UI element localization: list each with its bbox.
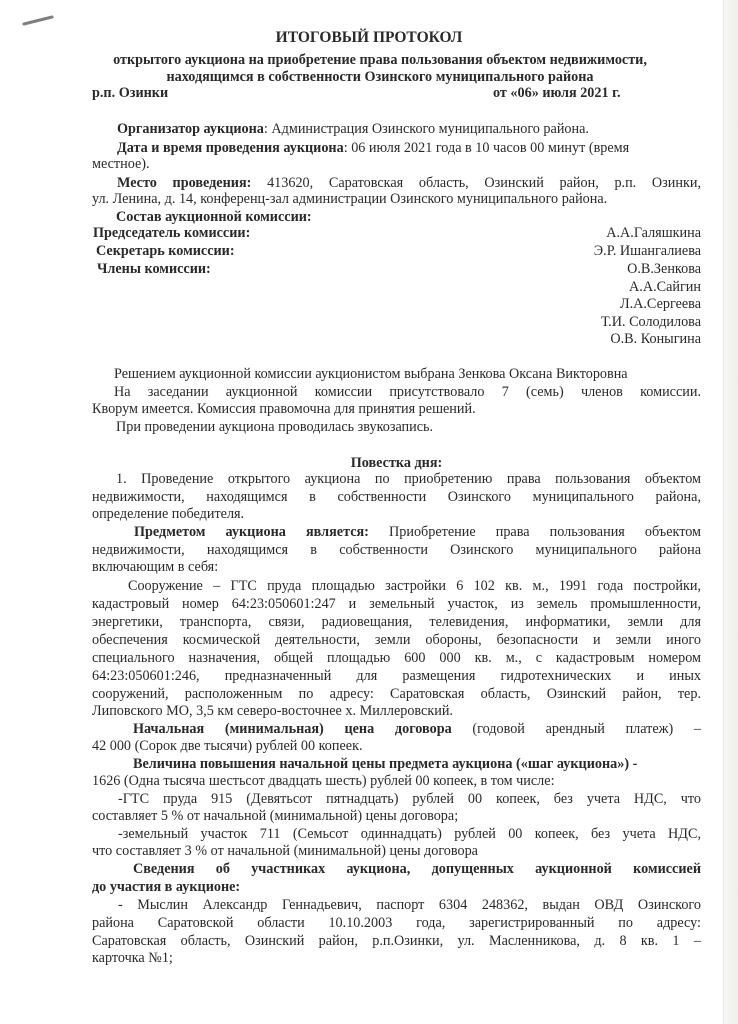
participant-1: Саратовская область, Озинский район, р.п… bbox=[92, 933, 701, 949]
agenda-heading: Повестка дня: bbox=[92, 455, 701, 471]
agenda-item-1: 1. Проведение открытого аукциона по прио… bbox=[116, 471, 701, 487]
recording-note: При проведении аукциона проводилась звук… bbox=[116, 419, 433, 435]
object-description: Липовского МО, 3,5 км северо-восточнее х… bbox=[92, 703, 453, 719]
member-name: Т.И. Солодилова bbox=[400, 314, 701, 330]
quorum-note: На заседании аукционной комиссии присутс… bbox=[114, 384, 701, 400]
place: р.п. Озинки bbox=[92, 85, 168, 101]
subject-cont: включающим в себя: bbox=[92, 559, 218, 575]
step-land-cont: что составляет 3 % от начальной (минимал… bbox=[92, 843, 478, 859]
participant-1: - Мыслин Александр Геннадьевич, паспорт … bbox=[118, 897, 701, 913]
object-description: энергетики, транспорта, связи, радиовеща… bbox=[92, 614, 701, 630]
participant-1: района Саратовской области 10.10.2003 го… bbox=[92, 915, 701, 931]
venue-cont: ул. Ленина, д. 14, конференц-зал админис… bbox=[92, 191, 607, 207]
secretary-label: Секретарь комиссии: bbox=[96, 243, 235, 259]
step-gts-cont: составляет 5 % от начальной (минимальной… bbox=[92, 808, 458, 824]
subject: Предметом аукциона является: Приобретени… bbox=[134, 524, 701, 540]
organizer: Организатор аукциона: Администрация Озин… bbox=[117, 121, 589, 137]
start-price: Начальная (минимальная) цена договора (г… bbox=[133, 721, 701, 737]
participants-heading-cont: до участия в аукционе: bbox=[92, 879, 240, 895]
date: от «06» июля 2021 г. bbox=[493, 85, 621, 101]
auction-step-value: 1626 (Одна тысяча шестьсот двадцать шест… bbox=[92, 773, 555, 789]
object-description: сооружений, расположенным по адресу: Сар… bbox=[92, 686, 701, 702]
participant-1: карточка №1; bbox=[92, 950, 173, 966]
auctioneer-note: Решением аукционной комиссии аукционисто… bbox=[114, 366, 628, 382]
subject-cont: недвижимости, находящимся в собственност… bbox=[92, 542, 701, 558]
chair-label: Председатель комиссии: bbox=[93, 225, 250, 241]
datetime: Дата и время проведения аукциона: 06 июл… bbox=[117, 140, 629, 156]
document-subtitle-line-1: открытого аукциона на приобретение права… bbox=[60, 52, 700, 68]
member-name: О.В. Коныгина bbox=[400, 331, 701, 347]
object-description: специального назначения, общей площадью … bbox=[92, 650, 701, 666]
datetime-cont: местное). bbox=[92, 156, 150, 172]
member-name: Л.А.Сергеева bbox=[400, 296, 701, 312]
member-name: О.В.Зенкова bbox=[400, 261, 701, 277]
members-label: Члены комиссии: bbox=[97, 261, 211, 277]
scan-edge bbox=[723, 0, 738, 1024]
document-title: ИТОГОВЫЙ ПРОТОКОЛ bbox=[0, 30, 738, 46]
participants-heading: Сведения об участниках аукциона, допущен… bbox=[133, 861, 701, 877]
quorum-note-cont: Кворум имеется. Комиссия правомочна для … bbox=[92, 401, 476, 417]
member-name: А.А.Сайгин bbox=[400, 279, 701, 295]
object-description: Сооружение – ГТС пруда площадью застройк… bbox=[128, 578, 701, 594]
agenda-item-1-cont: определение победителя. bbox=[92, 506, 244, 522]
pen-mark bbox=[22, 15, 54, 26]
commission-heading: Состав аукционной комиссии: bbox=[116, 209, 312, 225]
start-price-value: 42 000 (Сорок две тысячи) рублей 00 копе… bbox=[92, 738, 363, 754]
agenda-item-1-cont: недвижимости, находящимся в собственност… bbox=[92, 489, 701, 505]
auction-step-label: Величина повышения начальной цены предме… bbox=[133, 756, 637, 772]
document-subtitle-line-2: находящимся в собственности Озинского му… bbox=[60, 69, 700, 85]
object-description: 64:23:050601:246, предназначенный для ра… bbox=[92, 668, 701, 684]
step-land: -земельный участок 711 (Семьсот одиннадц… bbox=[118, 826, 701, 842]
venue: Место проведения: 413620, Саратовская об… bbox=[117, 175, 701, 191]
step-gts: -ГТС пруда 915 (Девятьсот пятнадцать) ру… bbox=[118, 791, 701, 807]
object-description: обеспечения космической деятельности, зе… bbox=[92, 632, 701, 648]
object-description: кадастровый номер 64:23:050601:247 и зем… bbox=[92, 596, 701, 612]
secretary-name: Э.Р. Ишангалиева bbox=[400, 243, 701, 259]
chair-name: А.А.Галяшкина bbox=[400, 225, 701, 241]
